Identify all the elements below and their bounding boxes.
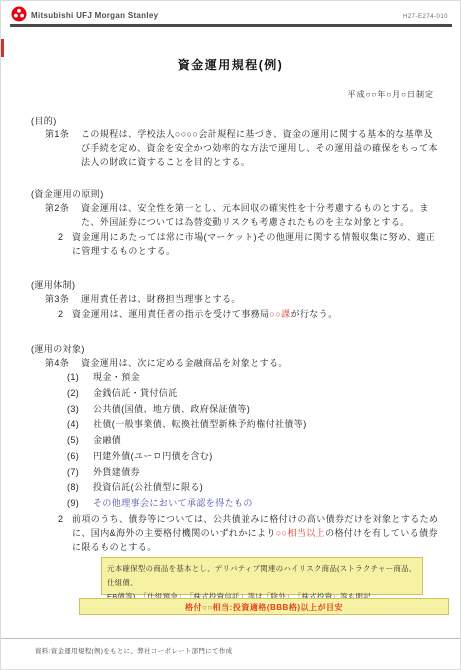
item-number: (5) <box>67 434 93 446</box>
document-page: Mitsubishi UFJ Morgan Stanley H27-E274-0… <box>0 0 461 670</box>
paragraph-number: 2 <box>58 512 72 554</box>
item-number: (3) <box>67 403 93 415</box>
financial-products-list: (1) 現金・預金 (2) 金銭信託・貸付信託 (3) 公共債(国債、地方債、政… <box>67 371 439 513</box>
paragraph-number: 2 <box>58 307 72 321</box>
brand-name: Mitsubishi UFJ Morgan Stanley <box>31 11 158 20</box>
section-heading-principle: (資金運用の原則) <box>31 187 104 200</box>
article-1-label: 第1条 <box>45 127 81 169</box>
list-item: (8) 投資信託(公社債型に限る) <box>67 481 439 497</box>
item-number: (9) <box>67 497 93 509</box>
paragraph-number: 2 <box>58 230 72 258</box>
item-text: 現金・預金 <box>93 371 140 383</box>
item-number: (2) <box>67 387 93 399</box>
article-3: 第3条 運用責任者は、財務担当理事とする。 <box>45 292 439 306</box>
article-4-para-2-text: 前項のうち、債券等については、公共債並みに格付けの高い債券だけを対象とするために… <box>72 512 439 554</box>
page-edge-mark <box>1 39 4 57</box>
list-item: (7) 外貨建債券 <box>67 466 439 482</box>
section-heading-targets: (運用の対象) <box>31 342 85 355</box>
item-text: 金融債 <box>93 434 121 446</box>
text-segment: 資金運用は、運用責任者の指示を受けて事務局 <box>72 309 269 319</box>
article-3-text: 運用責任者は、財務担当理事とする。 <box>81 292 439 306</box>
article-3-para-2-text: 資金運用は、運用責任者の指示を受けて事務局○○課が行なう。 <box>72 307 439 321</box>
article-2-para-2: 2 資金運用にあたっては常に市場(マーケット)その他運用に関する情報収集に努め、… <box>58 230 439 258</box>
placeholder-department-red: ○○課 <box>269 309 290 319</box>
annotation-line-1: 元本確保型の商品を基本とし、デリバティブ関連のハイリスク商品(ストラクチャー商品… <box>107 562 417 590</box>
list-item: (1) 現金・預金 <box>67 371 439 387</box>
item-number: (8) <box>67 481 93 493</box>
article-4-para-2: 2 前項のうち、債券等については、公共債並みに格付けの高い債券だけを対象とするた… <box>58 512 439 554</box>
article-2-text: 資金運用は、安全性を第一とし、元本回収の確実性を十分考慮するものとする。また、外… <box>81 201 439 229</box>
enacted-date: 平成○○年○月○日制定 <box>348 89 434 100</box>
item-text: 円建外債(ユーロ円債を含む) <box>93 450 213 462</box>
item-number: (1) <box>67 371 93 383</box>
article-2-para-2-text: 資金運用にあたっては常に市場(マーケット)その他運用に関する情報収集に努め、適正… <box>72 230 439 258</box>
section-heading-structure: (運用体制) <box>31 278 75 291</box>
item-text: 金銭信託・貸付信託 <box>93 387 178 399</box>
text-segment: が行なう。 <box>290 309 337 319</box>
article-4-label: 第4条 <box>45 356 81 370</box>
article-4: 第4条 資金運用は、次に定める金融商品を対象とする。 <box>45 356 439 370</box>
article-1-text: この規程は、学校法人○○○○会計規程に基づき、資金の運用に関する基本的な基準及び… <box>81 127 439 169</box>
article-2-label: 第2条 <box>45 201 81 229</box>
doc-number: H27-E274-010 <box>403 14 448 20</box>
placeholder-rating-red: ○○相当以上 <box>276 528 325 538</box>
header-rule <box>10 24 452 27</box>
article-3-para-2: 2 資金運用は、運用責任者の指示を受けて事務局○○課が行なう。 <box>58 307 439 321</box>
annotation-box-products: 元本確保型の商品を基本とし、デリバティブ関連のハイリスク商品(ストラクチャー商品… <box>101 557 423 595</box>
list-item: (4) 社債(一般事業債、転換社債型新株予約権付社債等) <box>67 418 439 434</box>
list-item: (5) 金融債 <box>67 434 439 450</box>
section-heading-purpose: (目的) <box>31 114 57 127</box>
list-item: (2) 金銭信託・貸付信託 <box>67 387 439 403</box>
annotation-box-rating: 格付○○相当:投資適格(BBB格)以上が目安 <box>79 598 449 615</box>
article-2: 第2条 資金運用は、安全性を第一とし、元本回収の確実性を十分考慮するものとする。… <box>45 201 439 229</box>
list-item: (6) 円建外債(ユーロ円債を含む) <box>67 450 439 466</box>
item-text-highlighted: その他理事会において承認を得たもの <box>93 497 253 509</box>
page-title: 資金運用規程(例) <box>1 56 460 73</box>
item-number: (6) <box>67 450 93 462</box>
article-4-text: 資金運用は、次に定める金融商品を対象とする。 <box>81 356 439 370</box>
item-text: 公共債(国債、地方債、政府保証債等) <box>93 403 250 415</box>
mufg-brand-logo-icon <box>11 6 27 22</box>
item-text: 外貨建債券 <box>93 466 140 478</box>
article-1: 第1条 この規程は、学校法人○○○○会計規程に基づき、資金の運用に関する基本的な… <box>45 127 439 169</box>
item-text: 投資信託(公社債型に限る) <box>93 481 203 493</box>
list-item: (3) 公共債(国債、地方債、政府保証債等) <box>67 403 439 419</box>
source-note: 資料:資金運用規程(例)をもとに、弊社コーポレート部門にて作成 <box>35 646 232 655</box>
item-number: (7) <box>67 466 93 478</box>
article-3-label: 第3条 <box>45 292 81 306</box>
item-text: 社債(一般事業債、転換社債型新株予約権付社債等) <box>93 418 307 430</box>
footer-rule <box>1 638 460 639</box>
list-item: (9) その他理事会において承認を得たもの <box>67 497 439 513</box>
item-number: (4) <box>67 418 93 430</box>
